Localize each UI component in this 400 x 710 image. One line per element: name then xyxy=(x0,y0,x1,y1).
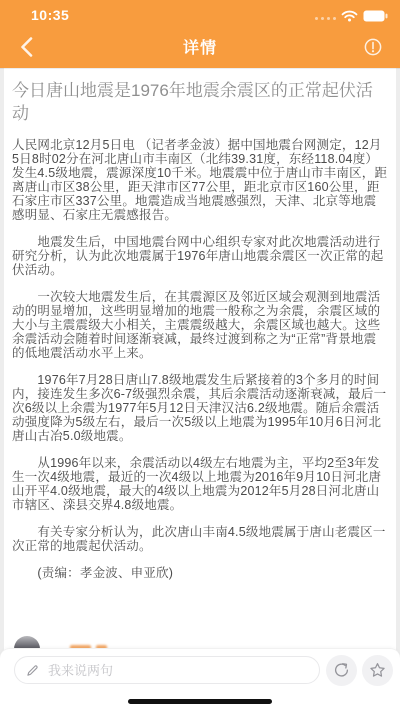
article: 今日唐山地震是1976年地震余震区的正常起伏活动 人民网北京12月5日电 （记者… xyxy=(4,68,396,580)
app-screen: 10:35 xyxy=(0,0,400,710)
status-icons xyxy=(315,9,388,27)
article-paragraph: 地震发生后，中国地震台网中心组织专家对此次地震活动进行研究分析，认为此次地震属于… xyxy=(12,235,388,277)
status-bar: 10:35 xyxy=(0,0,400,30)
article-paragraph: (责编：孝金波、申亚欣) xyxy=(12,566,388,580)
article-body: 人民网北京12月5日电 （记者孝金波）据中国地震台网测定，12月5日8时02分在… xyxy=(10,138,390,580)
info-button[interactable] xyxy=(360,34,386,60)
battery-icon xyxy=(363,9,388,27)
favorite-button[interactable] xyxy=(362,655,393,686)
status-time: 10:35 xyxy=(31,7,69,23)
article-title: 今日唐山地震是1976年地震余震区的正常起伏活动 xyxy=(12,79,388,125)
comment-input-pill[interactable] xyxy=(14,656,320,684)
article-paragraph: 人民网北京12月5日电 （记者孝金波）据中国地震台网测定，12月5日8时02分在… xyxy=(12,138,388,222)
content-card: 今日唐山地震是1976年地震余震区的正常起伏活动 人民网北京12月5日电 （记者… xyxy=(4,68,396,710)
header: 10:35 xyxy=(0,0,400,68)
share-button[interactable] xyxy=(326,655,357,686)
pencil-icon xyxy=(25,663,40,678)
home-indicator[interactable] xyxy=(128,699,272,704)
article-paragraph: 1976年7月28日唐山7.8级地震发生后紧接着的3个多月的时间内，接连发生多次… xyxy=(12,373,388,443)
article-paragraph: 一次较大地震发生后，在其震源区及邻近区域会观测到地震活动的明显增加，这些明显增加… xyxy=(12,290,388,360)
nav-bar: 详情 xyxy=(0,30,400,68)
article-paragraph: 从1996年以来，余震活动以4级左右地震为主，平均2至3年发生一次4级地震，最近… xyxy=(12,456,388,512)
article-paragraph: 有关专家分析认为，此次唐山丰南4.5级地震属于唐山老震区一次正常的地震起伏活动。 xyxy=(12,525,388,553)
wifi-icon xyxy=(341,9,358,27)
cellular-signal-icon xyxy=(315,17,336,20)
page-title: 详情 xyxy=(0,35,400,58)
comment-input[interactable] xyxy=(48,663,309,678)
